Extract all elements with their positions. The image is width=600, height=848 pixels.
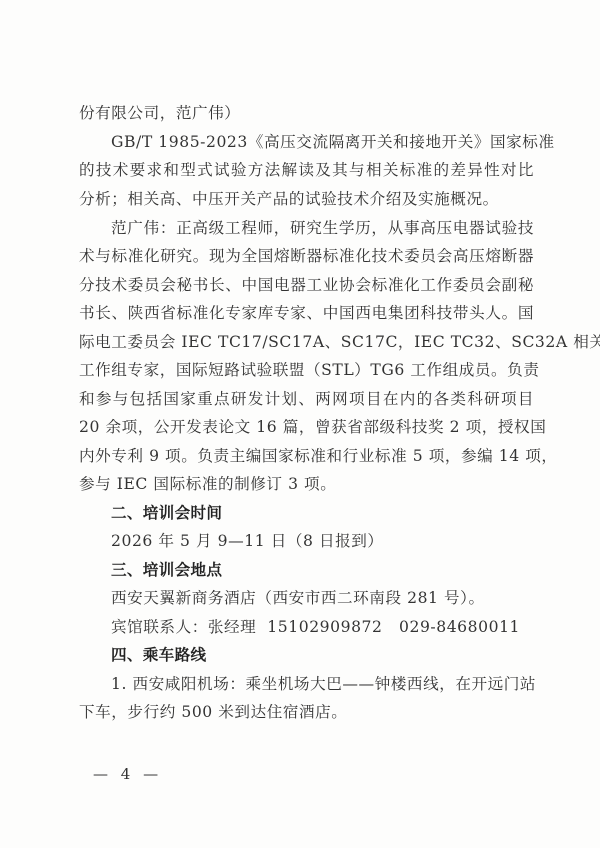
- section-heading-transport: 四、乘车路线: [111, 645, 566, 665]
- text-line: 书长、陕西省标准化专家库专家、中国西电集团科技带头人。国: [79, 303, 534, 323]
- section-heading-time: 二、培训会时间: [111, 503, 566, 523]
- text-line: 20 余项，公开发表论文 16 篇，曾获省部级科技奖 2 项，授权国: [79, 417, 534, 437]
- text-line: 分技术委员会秘书长、中国电器工业协会标准化工作委员会副秘: [79, 275, 534, 295]
- text-line: 参与 IEC 国际标准的制修订 3 项。: [79, 474, 534, 494]
- text-line: 份有限公司，范广伟）: [79, 103, 534, 123]
- venue-address: 西安天翼新商务酒店（西安市西二环南段 281 号）。: [111, 588, 566, 608]
- text-line: 工作组专家，国际短路试验联盟（STL）TG6 工作组成员。负责: [79, 360, 534, 380]
- training-dates: 2026 年 5 月 9—11 日（8 日报到）: [111, 531, 566, 551]
- route-line: 下车，步行约 500 米到达住宿酒店。: [79, 702, 534, 722]
- page-number: — 4 —: [93, 765, 162, 783]
- document-page: 份有限公司，范广伟） GB/T 1985-2023《高压交流隔离开关和接地开关》…: [0, 0, 600, 848]
- text-line: 范广伟：正高级工程师，研究生学历，从事高压电器试验技: [111, 218, 534, 238]
- text-line: 术与标准化研究。现为全国熔断器标准化技术委员会高压熔断器: [79, 246, 534, 266]
- hotel-contact: 宾馆联系人：张经理 15102909872 029-84680011: [111, 617, 566, 637]
- text-line: 内外专利 9 项。负责主编国家标准和行业标准 5 项，参编 14 项，: [79, 446, 534, 466]
- text-line: GB/T 1985-2023《高压交流隔离开关和接地开关》国家标准: [111, 132, 534, 152]
- section-heading-venue: 三、培训会地点: [111, 560, 566, 580]
- text-line: 分析；相关高、中压开关产品的试验技术介绍及实施概况。: [79, 189, 534, 209]
- text-line: 际电工委员会 IEC TC17/SC17A、SC17C，IEC TC32、SC3…: [79, 332, 534, 352]
- route-line: 1. 西安咸阳机场：乘坐机场大巴——钟楼西线，在开远门站: [111, 674, 534, 694]
- text-line: 和参与包括国家重点研发计划、两网项目在内的各类科研项目: [79, 389, 534, 409]
- text-line: 的技术要求和型式试验方法解读及其与相关标准的差异性对比: [79, 160, 534, 180]
